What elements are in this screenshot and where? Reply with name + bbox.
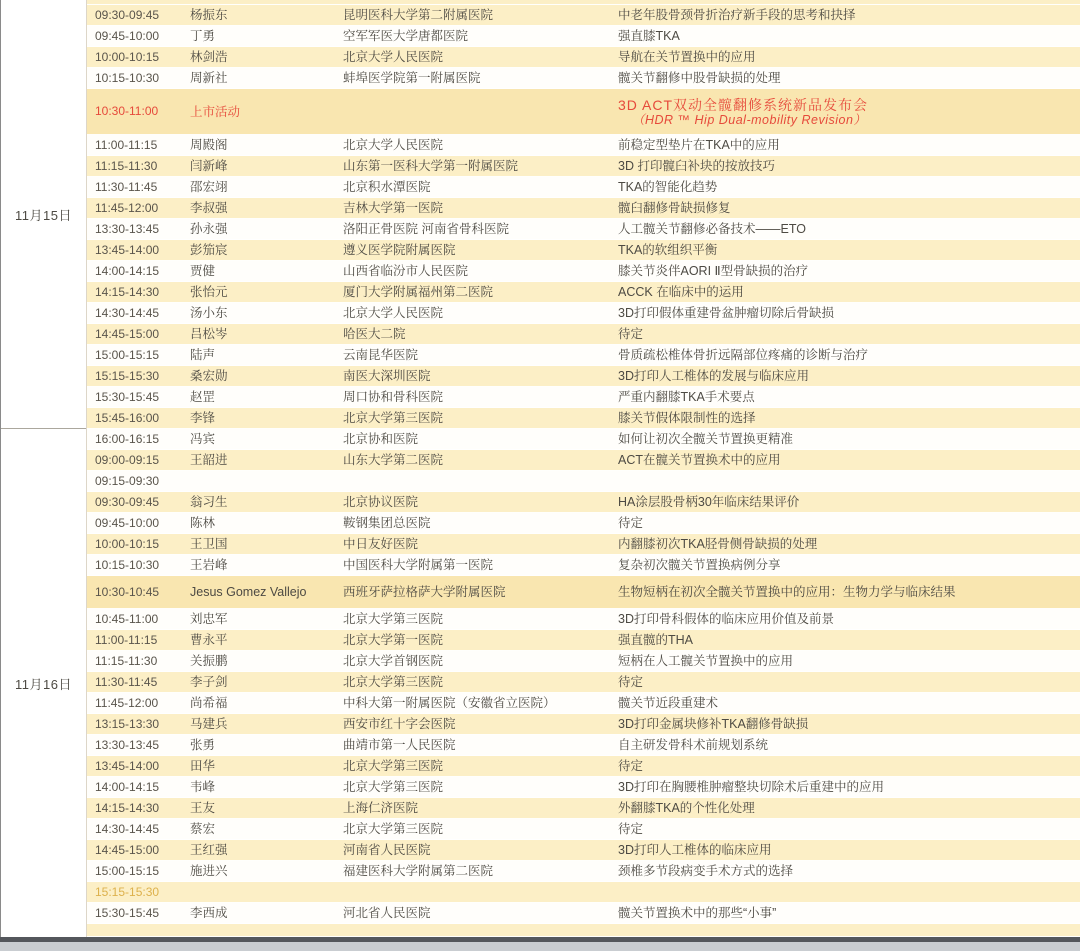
topic-cell: 外翻膝TKA的个性化处理 (618, 801, 1080, 815)
speaker-cell: 曹永平 (187, 633, 342, 647)
time-cell: 11:00-11:15 (87, 139, 187, 153)
hospital-cell: 福建医科大学附属第二医院 (342, 864, 618, 878)
speaker-cell: 韦峰 (187, 780, 342, 794)
hospital-cell: 北京积水潭医院 (342, 180, 618, 194)
time-cell: 10:15-10:30 (87, 72, 187, 86)
topic-cell: 髋臼翻修骨缺损修复 (618, 201, 1080, 215)
speaker-cell: 陆声 (187, 348, 342, 362)
speaker-cell: 王友 (187, 801, 342, 815)
time-cell: 11:30-11:45 (87, 181, 187, 195)
topic-cell: 3D ACT双动全髋翻修系统新品发布会（HDR ™ Hip Dual-mobil… (618, 97, 1080, 127)
time-cell: 10:30-11:00 (87, 105, 187, 119)
schedule-row: 14:00-14:15 贾健 山西省临汾市人民医院 膝关节炎伴AORI Ⅱ型骨缺… (87, 261, 1080, 282)
topic-cell: 待定 (618, 822, 1080, 836)
schedule-row: 09:30-09:45 杨振东 昆明医科大学第二附属医院 中老年股骨颈骨折治疗新… (87, 5, 1080, 26)
topic-cell: ACCK 在临床中的运用 (618, 285, 1080, 299)
speaker-cell: 刘忠军 (187, 612, 342, 626)
hospital-cell: 北京大学首钢医院 (342, 654, 618, 668)
time-cell: 10:15-10:30 (87, 559, 187, 573)
hospital-cell: 北京大学第一医院 (342, 633, 618, 647)
speaker-cell: 上市活动 (187, 105, 342, 119)
topic-cell: 待定 (618, 516, 1080, 530)
schedule-row: 15:15-15:30 (87, 882, 1080, 903)
topic-cell: 严重内翻膝TKA手术要点 (618, 390, 1080, 404)
time-cell: 11:45-12:00 (87, 202, 187, 216)
speaker-cell: 张怡元 (187, 285, 342, 299)
time-cell: 14:00-14:15 (87, 781, 187, 795)
topic-cell: 中老年股骨颈骨折治疗新手段的思考和抉择 (618, 8, 1080, 22)
topic-cell: 3D打印在胸腰椎肿瘤整块切除术后重建中的应用 (618, 780, 1080, 794)
topic-cell: 3D打印假体重建骨盆肿瘤切除后骨缺损 (618, 306, 1080, 320)
time-cell: 11:30-11:45 (87, 676, 187, 690)
speaker-cell: 杨振东 (187, 8, 342, 22)
topic-cell: HA涂层股骨柄30年临床结果评价 (618, 495, 1080, 509)
time-cell: 10:45-11:00 (87, 613, 187, 627)
speaker-cell: 孙永强 (187, 222, 342, 236)
schedule-row: 11:30-11:45 邵宏翊 北京积水潭医院 TKA的智能化趋势 (87, 177, 1080, 198)
topic-cell: 待定 (618, 327, 1080, 341)
schedule-row: 09:45-10:00 陈林 鞍钢集团总医院 待定 (87, 513, 1080, 534)
topic-cell: 内翻膝初次TKA胫骨侧骨缺损的处理 (618, 537, 1080, 551)
topic-cell: 骨质疏松椎体骨折远隔部位疼痛的诊断与治疗 (618, 348, 1080, 362)
speaker-cell: 翁习生 (187, 495, 342, 509)
speaker-cell: 李子剑 (187, 675, 342, 689)
event-title-line1: 3D ACT双动全髋翻修系统新品发布会 (618, 97, 1072, 113)
time-cell: 09:30-09:45 (87, 9, 187, 23)
topic-cell: 生物短柄在初次全髋关节置换中的应用：生物力学与临床结果 (618, 585, 1080, 599)
speaker-cell: 王韶进 (187, 453, 342, 467)
speaker-cell: 闫新峰 (187, 159, 342, 173)
time-cell: 13:30-13:45 (87, 739, 187, 753)
topic-cell: 前稳定型垫片在TKA中的应用 (618, 138, 1080, 152)
speaker-cell: 王卫国 (187, 537, 342, 551)
speaker-cell: 王红强 (187, 843, 342, 857)
time-cell: 11:15-11:30 (87, 655, 187, 669)
speaker-cell: 马建兵 (187, 717, 342, 731)
schedule-row: 10:30-11:00 上市活动 3D ACT双动全髋翻修系统新品发布会（HDR… (87, 89, 1080, 135)
schedule-row: 10:00-10:15 王卫国 中日友好医院 内翻膝初次TKA胫骨侧骨缺损的处理 (87, 534, 1080, 555)
event-title-line2: （HDR ™ Hip Dual-mobility Revision） (618, 113, 1072, 127)
hospital-cell: 空军军医大学唐都医院 (342, 29, 618, 43)
schedule-row: 14:45-15:00 王红强 河南省人民医院 3D打印人工椎体的临床应用 (87, 840, 1080, 861)
speaker-cell: 彭笳宸 (187, 243, 342, 257)
speaker-cell: 周殿阁 (187, 138, 342, 152)
topic-cell: 髋关节翻修中股骨缺损的处理 (618, 71, 1080, 85)
date-label-nov15: 11月15日 (15, 205, 72, 224)
schedule-row: 10:15-10:30 王岩峰 中国医科大学附属第一医院 复杂初次髋关节置换病例… (87, 555, 1080, 576)
hospital-cell: 上海仁济医院 (342, 801, 618, 815)
hospital-cell: 吉林大学第一医院 (342, 201, 618, 215)
hospital-cell: 北京大学第三医院 (342, 612, 618, 626)
time-cell: 13:15-13:30 (87, 718, 187, 732)
speaker-cell: 汤小东 (187, 306, 342, 320)
topic-cell: 3D打印人工椎体的发展与临床应用 (618, 369, 1080, 383)
speaker-cell: 赵罡 (187, 390, 342, 404)
hospital-cell: 北京大学第三医院 (342, 780, 618, 794)
topic-cell: 髋关节置换术中的那些“小事” (618, 906, 1080, 920)
time-cell: 09:45-10:00 (87, 517, 187, 531)
schedule-row: 14:30-14:45 汤小东 北京大学人民医院 3D打印假体重建骨盆肿瘤切除后… (87, 303, 1080, 324)
bottom-edge-light (0, 942, 1080, 951)
schedule-row: 09:00-09:15 王韶进 山东大学第二医院 ACT在髋关节置换术中的应用 (87, 450, 1080, 471)
topic-cell: 颈椎多节段病变手术方式的选择 (618, 864, 1080, 878)
topic-cell: 待定 (618, 759, 1080, 773)
schedule-row: 14:15-14:30 王友 上海仁济医院 外翻膝TKA的个性化处理 (87, 798, 1080, 819)
topic-cell: 如何让初次全髋关节置换更精准 (618, 432, 1080, 446)
schedule-row: 14:30-14:45 蔡宏 北京大学第三医院 待定 (87, 819, 1080, 840)
speaker-cell: 贾健 (187, 264, 342, 278)
time-cell: 13:30-13:45 (87, 223, 187, 237)
schedule-row: 15:00-15:15 陆声 云南昆华医院 骨质疏松椎体骨折远隔部位疼痛的诊断与… (87, 345, 1080, 366)
time-cell: 09:00-09:15 (87, 454, 187, 468)
topic-cell: 待定 (618, 675, 1080, 689)
time-cell: 15:00-15:15 (87, 349, 187, 363)
topic-cell: 人工髋关节翻修必备技术——ETO (618, 222, 1080, 236)
hospital-cell: 山东大学第二医院 (342, 453, 618, 467)
schedule-row: 11:30-11:45 李子剑 北京大学第三医院 待定 (87, 672, 1080, 693)
time-cell: 14:15-14:30 (87, 802, 187, 816)
time-cell: 15:15-15:30 (87, 370, 187, 384)
hospital-cell: 厦门大学附属福州第二医院 (342, 285, 618, 299)
schedule-row: 15:30-15:45 赵罡 周口协和骨科医院 严重内翻膝TKA手术要点 (87, 387, 1080, 408)
schedule-row: 15:15-15:30 桑宏勋 南医大深圳医院 3D打印人工椎体的发展与临床应用 (87, 366, 1080, 387)
schedule-row: 16:00-16:15 冯宾 北京协和医院 如何让初次全髋关节置换更精准 (87, 429, 1080, 450)
time-cell: 14:45-15:00 (87, 844, 187, 858)
speaker-cell: 周新社 (187, 71, 342, 85)
time-cell: 09:45-10:00 (87, 30, 187, 44)
topic-cell: 短柄在人工髋关节置换中的应用 (618, 654, 1080, 668)
schedule-row: 15:30-15:45 李西成 河北省人民医院 髋关节置换术中的那些“小事” (87, 903, 1080, 924)
speaker-cell: Jesus Gomez Vallejo (187, 585, 342, 599)
time-cell: 11:15-11:30 (87, 160, 187, 174)
schedule-row: 13:30-13:45 孙永强 洛阳正骨医院 河南省骨科医院 人工髋关节翻修必备… (87, 219, 1080, 240)
hospital-cell: 北京大学第三医院 (342, 822, 618, 836)
hospital-cell: 山东第一医科大学第一附属医院 (342, 159, 618, 173)
schedule-row: 09:45-10:00 丁勇 空军军医大学唐都医院 强直膝TKA (87, 26, 1080, 47)
hospital-cell: 中日友好医院 (342, 537, 618, 551)
schedule-row: 13:45-14:00 彭笳宸 遵义医学院附属医院 TKA的软组织平衡 (87, 240, 1080, 261)
hospital-cell: 中科大第一附属医院（安徽省立医院） (342, 696, 618, 710)
schedule-row: 13:45-14:00 田华 北京大学第三医院 待定 (87, 756, 1080, 777)
hospital-cell: 北京大学第三医院 (342, 675, 618, 689)
date-cell-nov15: 11月15日 (1, 0, 86, 429)
hospital-cell: 北京大学第三医院 (342, 759, 618, 773)
hospital-cell: 山西省临汾市人民医院 (342, 264, 618, 278)
schedule-row: 14:45-15:00 吕松岑 哈医大二院 待定 (87, 324, 1080, 345)
hospital-cell: 北京大学第三医院 (342, 411, 618, 425)
hospital-cell: 鞍钢集团总医院 (342, 516, 618, 530)
speaker-cell: 蔡宏 (187, 822, 342, 836)
schedule-row (87, 924, 1080, 937)
hospital-cell: 南医大深圳医院 (342, 369, 618, 383)
speaker-cell: 张勇 (187, 738, 342, 752)
topic-cell: 3D打印人工椎体的临床应用 (618, 843, 1080, 857)
hospital-cell: 云南昆华医院 (342, 348, 618, 362)
topic-cell: 髋关节近段重建术 (618, 696, 1080, 710)
time-cell: 15:45-16:00 (87, 412, 187, 426)
topic-cell: 3D 打印髋臼补块的按放技巧 (618, 159, 1080, 173)
topic-cell: TKA的软组织平衡 (618, 243, 1080, 257)
schedule-row: 11:15-11:30 闫新峰 山东第一医科大学第一附属医院 3D 打印髋臼补块… (87, 156, 1080, 177)
speaker-cell: 林剑浩 (187, 50, 342, 64)
speaker-cell: 关振鹏 (187, 654, 342, 668)
topic-cell: 膝关节假体限制性的选择 (618, 411, 1080, 425)
time-cell: 11:00-11:15 (87, 634, 187, 648)
time-cell: 14:30-14:45 (87, 307, 187, 321)
schedule-row: 09:30-09:45 翁习生 北京协议医院 HA涂层股骨柄30年临床结果评价 (87, 492, 1080, 513)
date-column: 11月15日 11月16日 (0, 0, 87, 937)
schedule-row: 10:00-10:15 林剑浩 北京大学人民医院 导航在关节置换中的应用 (87, 47, 1080, 68)
hospital-cell: 中国医科大学附属第一医院 (342, 558, 618, 572)
speaker-cell: 李锋 (187, 411, 342, 425)
time-cell: 11:45-12:00 (87, 697, 187, 711)
topic-cell: 强直膝TKA (618, 29, 1080, 43)
time-cell: 14:15-14:30 (87, 286, 187, 300)
time-cell: 14:45-15:00 (87, 328, 187, 342)
time-cell: 15:30-15:45 (87, 391, 187, 405)
hospital-cell: 遵义医学院附属医院 (342, 243, 618, 257)
time-cell: 14:30-14:45 (87, 823, 187, 837)
hospital-cell: 昆明医科大学第二附属医院 (342, 8, 618, 22)
hospital-cell: 北京大学人民医院 (342, 50, 618, 64)
schedule-row: 11:45-12:00 李叔强 吉林大学第一医院 髋臼翻修骨缺损修复 (87, 198, 1080, 219)
date-cell-nov16: 11月16日 (1, 429, 86, 937)
speaker-cell: 吕松岑 (187, 327, 342, 341)
time-cell: 13:45-14:00 (87, 760, 187, 774)
time-cell: 10:00-10:15 (87, 538, 187, 552)
hospital-cell: 北京大学人民医院 (342, 306, 618, 320)
time-cell: 10:30-10:45 (87, 586, 187, 600)
speaker-cell: 邵宏翊 (187, 180, 342, 194)
topic-cell: ACT在髋关节置换术中的应用 (618, 453, 1080, 467)
topic-cell: 自主研发骨科术前规划系统 (618, 738, 1080, 752)
topic-cell: TKA的智能化趋势 (618, 180, 1080, 194)
schedule-row: 10:15-10:30 周新社 蚌埠医学院第一附属医院 髋关节翻修中股骨缺损的处… (87, 68, 1080, 89)
speaker-cell: 冯宾 (187, 432, 342, 446)
time-cell: 10:00-10:15 (87, 51, 187, 65)
speaker-cell: 王岩峰 (187, 558, 342, 572)
schedule-row: 11:45-12:00 尚希福 中科大第一附属医院（安徽省立医院） 髋关节近段重… (87, 693, 1080, 714)
time-cell: 15:00-15:15 (87, 865, 187, 879)
time-cell: 16:00-16:15 (87, 433, 187, 447)
time-cell: 09:30-09:45 (87, 496, 187, 510)
schedule-row: 11:00-11:15 周殿阁 北京大学人民医院 前稳定型垫片在TKA中的应用 (87, 135, 1080, 156)
time-cell: 09:15-09:30 (87, 475, 187, 489)
hospital-cell: 北京协和医院 (342, 432, 618, 446)
time-cell: 13:45-14:00 (87, 244, 187, 258)
topic-cell: 复杂初次髋关节置换病例分享 (618, 558, 1080, 572)
hospital-cell: 蚌埠医学院第一附属医院 (342, 71, 618, 85)
hospital-cell: 西班牙萨拉格萨大学附属医院 (342, 585, 618, 599)
schedule-row: 11:00-11:15 曹永平 北京大学第一医院 强直髋的THA (87, 630, 1080, 651)
schedule-row: 10:45-11:00 刘忠军 北京大学第三医院 3D打印骨科假体的临床应用价值… (87, 609, 1080, 630)
hospital-cell: 西安市红十字会医院 (342, 717, 618, 731)
schedule-row: 10:30-10:45 Jesus Gomez Vallejo 西班牙萨拉格萨大… (87, 576, 1080, 609)
topic-cell: 膝关节炎伴AORI Ⅱ型骨缺损的治疗 (618, 264, 1080, 278)
hospital-cell: 曲靖市第一人民医院 (342, 738, 618, 752)
time-cell: 15:15-15:30 (87, 886, 187, 900)
topic-cell: 强直髋的THA (618, 633, 1080, 647)
hospital-cell: 周口协和骨科医院 (342, 390, 618, 404)
schedule-row: 11:15-11:30 关振鹏 北京大学首钢医院 短柄在人工髋关节置换中的应用 (87, 651, 1080, 672)
schedule-row: 14:15-14:30 张怡元 厦门大学附属福州第二医院 ACCK 在临床中的运… (87, 282, 1080, 303)
speaker-cell: 陈林 (187, 516, 342, 530)
hospital-cell: 北京大学人民医院 (342, 138, 618, 152)
speaker-cell: 丁勇 (187, 29, 342, 43)
schedule-row: 09:15-09:30 (87, 471, 1080, 492)
time-cell: 14:00-14:15 (87, 265, 187, 279)
schedule-row: 15:45-16:00 李锋 北京大学第三医院 膝关节假体限制性的选择 (87, 408, 1080, 429)
schedule-screenshot: 11月15日 11月16日 09:30-09:45 杨振东 昆明医科大学第二附属… (0, 0, 1080, 951)
hospital-cell: 河南省人民医院 (342, 843, 618, 857)
schedule-row: 13:15-13:30 马建兵 西安市红十字会医院 3D打印金属块修补TKA翻修… (87, 714, 1080, 735)
schedule-row: 15:00-15:15 施进兴 福建医科大学附属第二医院 颈椎多节段病变手术方式… (87, 861, 1080, 882)
speaker-cell: 尚希福 (187, 696, 342, 710)
hospital-cell: 河北省人民医院 (342, 906, 618, 920)
topic-cell: 3D打印骨科假体的临床应用价值及前景 (618, 612, 1080, 626)
speaker-cell: 李西成 (187, 906, 342, 920)
speaker-cell: 田华 (187, 759, 342, 773)
speaker-cell: 李叔强 (187, 201, 342, 215)
topic-cell: 3D打印金属块修补TKA翻修骨缺损 (618, 717, 1080, 731)
schedule-row: 14:00-14:15 韦峰 北京大学第三医院 3D打印在胸腰椎肿瘤整块切除术后… (87, 777, 1080, 798)
speaker-cell: 桑宏勋 (187, 369, 342, 383)
hospital-cell: 洛阳正骨医院 河南省骨科医院 (342, 222, 618, 236)
date-label-nov16: 11月16日 (15, 674, 72, 693)
schedule-rows: 09:30-09:45 杨振东 昆明医科大学第二附属医院 中老年股骨颈骨折治疗新… (87, 0, 1080, 937)
hospital-cell: 哈医大二院 (342, 327, 618, 341)
time-cell: 15:30-15:45 (87, 907, 187, 921)
topic-cell: 导航在关节置换中的应用 (618, 50, 1080, 64)
schedule-row: 13:30-13:45 张勇 曲靖市第一人民医院 自主研发骨科术前规划系统 (87, 735, 1080, 756)
speaker-cell: 施进兴 (187, 864, 342, 878)
hospital-cell: 北京协议医院 (342, 495, 618, 509)
